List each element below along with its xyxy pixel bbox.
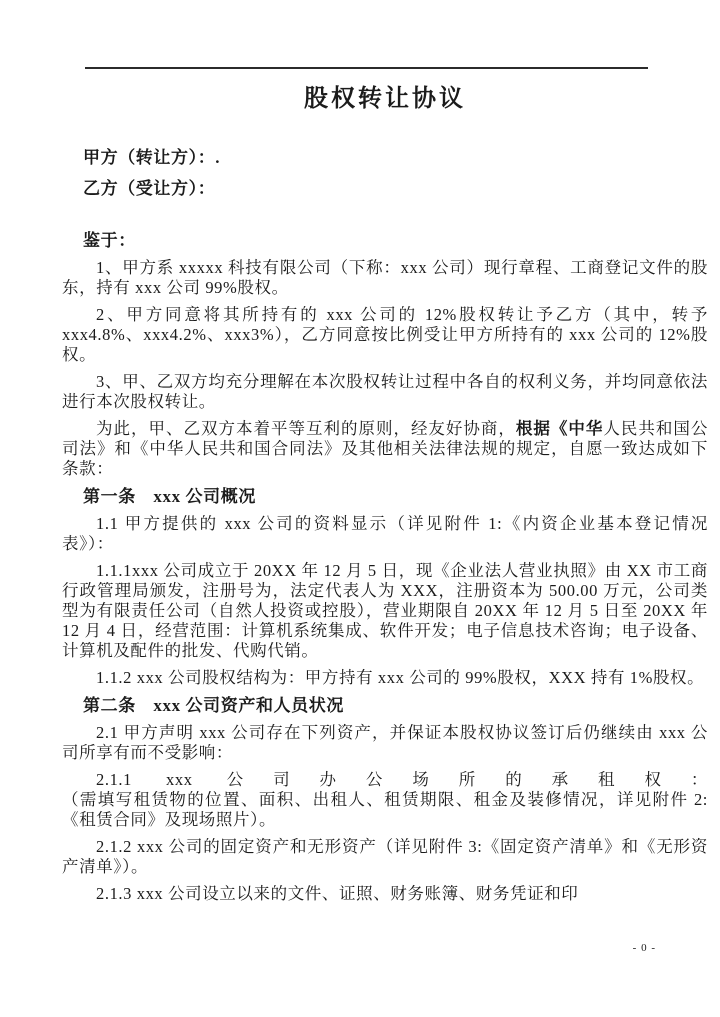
paragraph: 1、甲方系 xxxxx 科技有限公司（下称：xxx 公司）现行章程、工商登记文件… (62, 258, 708, 298)
paragraph: 1.1 甲方提供的 xxx 公司的资料显示（详见附件 1:《内资企业基本登记情况… (62, 514, 708, 554)
paragraph: 1.1.2 xxx 公司股权结构为：甲方持有 xxx 公司的 99%股权，XXX… (62, 668, 708, 688)
paragraph: 2、甲方同意将其所持有的 xxx 公司的 12%股权转让予乙方（其中，转予 xx… (62, 305, 708, 365)
paragraph: 1.1.1xxx 公司成立于 20XX 年 12 月 5 日，现《企业法人营业执… (62, 561, 708, 661)
document-body: 鉴于：1、甲方系 xxxxx 科技有限公司（下称：xxx 公司）现行章程、工商登… (62, 230, 708, 904)
section-heading: 第二条 xxx 公司资产和人员状况 (83, 695, 708, 716)
paragraph: 2.1.2 xxx 公司的固定资产和无形资产（详见附件 3:《固定资产清单》和《… (62, 837, 708, 877)
party-a-line: 甲方（转让方）：. (83, 147, 708, 168)
paragraph: 2.1 甲方声明 xxx 公司存在下列资产，并保证本股权协议签订后仍继续由 xx… (62, 723, 708, 763)
paragraph: 2.1.3 xxx 公司设立以来的文件、证照、财务账簿、财务凭证和印 (62, 884, 708, 904)
paragraph: 3、甲、乙双方均充分理解在本次股权转让过程中各自的权利义务，并均同意依法进行本次… (62, 372, 708, 412)
bold-text-run: 根据《中华 (516, 419, 603, 438)
page-number: - 0 - (633, 941, 656, 955)
party-b-line: 乙方（受让方）： (83, 178, 708, 199)
text-run: 为此，甲、乙双方本着平等互利的原则，经友好协商， (96, 419, 516, 438)
paragraph-continuation: （需填写租赁物的位置、面积、出租人、租赁期限、租金及装修情况，详见附件 2:《租… (62, 790, 708, 830)
whereas-label: 鉴于： (83, 230, 708, 251)
document-page: 股权转让协议 甲方（转让方）：. 乙方（受让方）： 鉴于：1、甲方系 xxxxx… (0, 0, 720, 1017)
section-heading: 第一条 xxx 公司概况 (83, 486, 708, 507)
paragraph-spread-line: 2.1.1 xxx 公司办公场所的承租权： (62, 770, 708, 790)
document-title: 股权转让协议 (62, 82, 708, 116)
header-rule (85, 67, 648, 69)
paragraph: 为此，甲、乙双方本着平等互利的原则，经友好协商，根据《中华人民共和国公司法》和《… (62, 419, 708, 479)
